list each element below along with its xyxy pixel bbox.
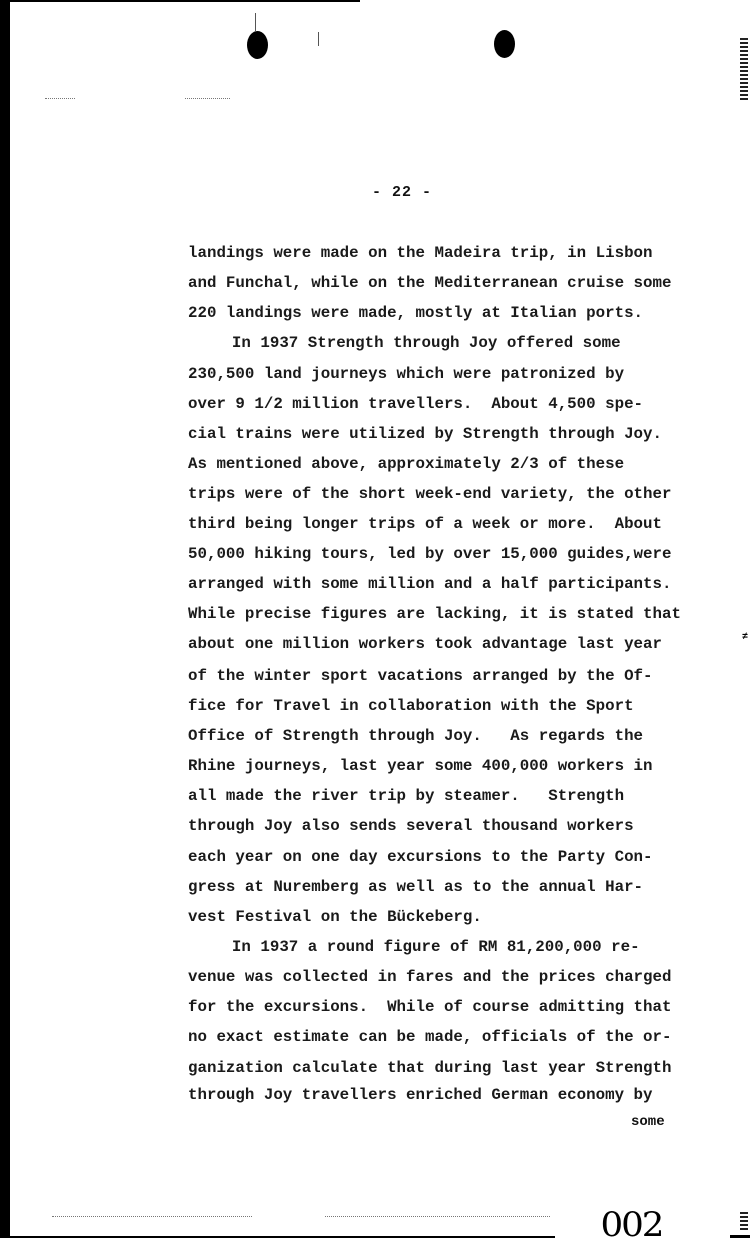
faint-rule-top-left bbox=[45, 98, 75, 100]
text-line: gress at Nuremberg as well as to the ann… bbox=[188, 878, 643, 896]
margin-mark: ≠ bbox=[742, 632, 748, 643]
edge-stamp-top-right bbox=[740, 38, 748, 100]
faint-rule-bottom-right bbox=[325, 1216, 550, 1218]
faint-rule-top-mid bbox=[185, 98, 230, 100]
text-line: trips were of the short week-end variety… bbox=[188, 485, 671, 503]
text-line: arranged with some million and a half pa… bbox=[188, 575, 671, 593]
text-line: through Joy travellers enriched German e… bbox=[188, 1086, 653, 1104]
page-number: - 22 - bbox=[372, 184, 432, 201]
edge-stamp-bottom-right bbox=[740, 1212, 748, 1230]
text-line: through Joy also sends several thousand … bbox=[188, 817, 634, 835]
faint-rule-bottom-left bbox=[52, 1216, 252, 1218]
text-line: of the winter sport vacations arranged b… bbox=[188, 667, 653, 685]
text-line: In 1937 Strength through Joy offered som… bbox=[194, 334, 621, 352]
text-line: As mentioned above, approximately 2/3 of… bbox=[188, 455, 624, 473]
text-line: landings were made on the Madeira trip, … bbox=[188, 244, 653, 262]
catchword: some bbox=[631, 1114, 665, 1130]
text-line: and Funchal, while on the Mediterranean … bbox=[188, 274, 671, 292]
handwritten-folio-mark: 002 bbox=[601, 1210, 663, 1238]
text-line: vest Festival on the Bückeberg. bbox=[188, 908, 482, 926]
scan-left-border bbox=[0, 0, 10, 1238]
text-line: Rhine journeys, last year some 400,000 w… bbox=[188, 757, 653, 775]
text-line: venue was collected in fares and the pri… bbox=[188, 968, 671, 986]
punch-hole-left bbox=[247, 31, 268, 59]
scan-mark bbox=[318, 32, 319, 46]
text-line: ganization calculate that during last ye… bbox=[188, 1059, 671, 1077]
text-line: While precise figures are lacking, it is… bbox=[188, 605, 681, 623]
text-line: each year on one day excursions to the P… bbox=[188, 848, 653, 866]
text-line: third being longer trips of a week or mo… bbox=[188, 515, 662, 533]
text-line: Office of Strength through Joy. As regar… bbox=[188, 727, 643, 745]
text-line: fice for Travel in collaboration with th… bbox=[188, 697, 634, 715]
text-line: over 9 1/2 million travellers. About 4,5… bbox=[188, 395, 643, 413]
punch-hole-right bbox=[494, 30, 515, 58]
text-line: for the excursions. While of course admi… bbox=[188, 998, 671, 1016]
text-line: 220 landings were made, mostly at Italia… bbox=[188, 304, 643, 322]
text-line: 230,500 land journeys which were patroni… bbox=[188, 365, 624, 383]
scan-mark bbox=[255, 13, 256, 31]
text-line: In 1937 a round figure of RM 81,200,000 … bbox=[194, 938, 640, 956]
scan-top-border bbox=[0, 0, 360, 2]
text-line: no exact estimate can be made, officials… bbox=[188, 1028, 671, 1046]
text-line: cial trains were utilized by Strength th… bbox=[188, 425, 662, 443]
text-line: all made the river trip by steamer. Stre… bbox=[188, 787, 624, 805]
text-line: 50,000 hiking tours, led by over 15,000 … bbox=[188, 545, 671, 563]
text-line: about one million workers took advantage… bbox=[188, 635, 662, 653]
